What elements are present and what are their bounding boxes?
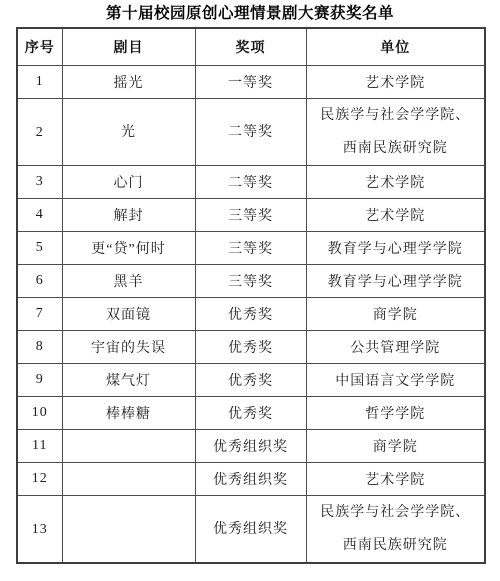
cell-unit: 艺术学院 — [306, 463, 485, 496]
unit-line: 民族学与社会学学院、 — [320, 108, 470, 123]
column-header: 剧目 — [62, 28, 195, 66]
cell-award: 一等奖 — [195, 66, 306, 99]
cell-award: 优秀组织奖 — [195, 496, 306, 564]
table-row: 2光二等奖民族学与社会学学院、西南民族研究院 — [17, 99, 485, 166]
cell-drama-title: 解封 — [62, 199, 195, 232]
cell-drama-title: 光 — [62, 99, 195, 166]
unit-line: 民族学与社会学学院、 — [320, 505, 470, 520]
unit-line: 艺术学院 — [365, 209, 425, 224]
cell-unit: 艺术学院 — [306, 199, 485, 232]
cell-drama-title — [62, 496, 195, 564]
cell-award: 优秀组织奖 — [195, 463, 306, 496]
cell-unit: 艺术学院 — [306, 166, 485, 199]
cell-award: 三等奖 — [195, 265, 306, 298]
table-row: 9煤气灯优秀奖中国语言文学学院 — [17, 364, 485, 397]
cell-index: 1 — [17, 66, 62, 99]
unit-line: 商学院 — [373, 440, 418, 455]
unit-line: 教育学与心理学学院 — [328, 275, 463, 290]
cell-unit: 艺术学院 — [306, 66, 485, 99]
page-title: 第十届校园原创心理情景剧大赛获奖名单 — [0, 5, 500, 23]
cell-index: 8 — [17, 331, 62, 364]
document-page: 第十届校园原创心理情景剧大赛获奖名单 序号剧目奖项单位 1摇光一等奖艺术学院2光… — [0, 0, 500, 581]
table-row: 7双面镜优秀奖商学院 — [17, 298, 485, 331]
cell-award: 三等奖 — [195, 199, 306, 232]
cell-drama-title: 棒棒糖 — [62, 397, 195, 430]
cell-drama-title: 心门 — [62, 166, 195, 199]
cell-unit: 中国语言文学学院 — [306, 364, 485, 397]
cell-index: 12 — [17, 463, 62, 496]
table-row: 6黑羊三等奖教育学与心理学学院 — [17, 265, 485, 298]
unit-line: 艺术学院 — [365, 176, 425, 191]
cell-award: 优秀奖 — [195, 364, 306, 397]
table-row: 1摇光一等奖艺术学院 — [17, 66, 485, 99]
cell-award: 二等奖 — [195, 166, 306, 199]
cell-drama-title — [62, 430, 195, 463]
cell-drama-title: 双面镜 — [62, 298, 195, 331]
table-row: 5更“贷”何时三等奖教育学与心理学学院 — [17, 232, 485, 265]
cell-unit: 公共管理学院 — [306, 331, 485, 364]
unit-line: 哲学学院 — [365, 407, 425, 422]
cell-index: 10 — [17, 397, 62, 430]
cell-index: 7 — [17, 298, 62, 331]
unit-line: 商学院 — [373, 308, 418, 323]
cell-unit: 哲学学院 — [306, 397, 485, 430]
cell-index: 3 — [17, 166, 62, 199]
unit-line: 公共管理学院 — [350, 341, 440, 356]
cell-unit: 教育学与心理学学院 — [306, 232, 485, 265]
table-row: 3心门二等奖艺术学院 — [17, 166, 485, 199]
cell-unit: 民族学与社会学学院、西南民族研究院 — [306, 496, 485, 564]
table-row: 4解封三等奖艺术学院 — [17, 199, 485, 232]
unit-line: 西南民族研究院 — [343, 141, 448, 156]
cell-drama-title — [62, 463, 195, 496]
table-row: 13优秀组织奖民族学与社会学学院、西南民族研究院 — [17, 496, 485, 564]
unit-line: 艺术学院 — [365, 76, 425, 91]
table-row: 12优秀组织奖艺术学院 — [17, 463, 485, 496]
cell-award: 二等奖 — [195, 99, 306, 166]
cell-index: 5 — [17, 232, 62, 265]
cell-award: 优秀奖 — [195, 331, 306, 364]
table-row: 10棒棒糖优秀奖哲学学院 — [17, 397, 485, 430]
cell-drama-title: 摇光 — [62, 66, 195, 99]
cell-index: 11 — [17, 430, 62, 463]
column-header: 奖项 — [195, 28, 306, 66]
cell-index: 9 — [17, 364, 62, 397]
cell-award: 优秀组织奖 — [195, 430, 306, 463]
cell-unit: 民族学与社会学学院、西南民族研究院 — [306, 99, 485, 166]
unit-line: 西南民族研究院 — [343, 538, 448, 553]
cell-index: 6 — [17, 265, 62, 298]
cell-drama-title: 更“贷”何时 — [62, 232, 195, 265]
cell-award: 优秀奖 — [195, 397, 306, 430]
cell-unit: 教育学与心理学学院 — [306, 265, 485, 298]
unit-line: 艺术学院 — [365, 473, 425, 488]
table-row: 8宇宙的失误优秀奖公共管理学院 — [17, 331, 485, 364]
cell-unit: 商学院 — [306, 430, 485, 463]
cell-drama-title: 煤气灯 — [62, 364, 195, 397]
column-header: 单位 — [306, 28, 485, 66]
cell-drama-title: 宇宙的失误 — [62, 331, 195, 364]
unit-line: 教育学与心理学学院 — [328, 242, 463, 257]
unit-line: 中国语言文学学院 — [335, 374, 455, 389]
cell-drama-title: 黑羊 — [62, 265, 195, 298]
cell-award: 三等奖 — [195, 232, 306, 265]
cell-index: 4 — [17, 199, 62, 232]
cell-index: 2 — [17, 99, 62, 166]
cell-award: 优秀奖 — [195, 298, 306, 331]
award-table: 序号剧目奖项单位 1摇光一等奖艺术学院2光二等奖民族学与社会学学院、西南民族研究… — [16, 27, 486, 564]
table-row: 11优秀组织奖商学院 — [17, 430, 485, 463]
cell-index: 13 — [17, 496, 62, 564]
table-header-row: 序号剧目奖项单位 — [17, 28, 485, 66]
column-header: 序号 — [17, 28, 62, 66]
cell-unit: 商学院 — [306, 298, 485, 331]
